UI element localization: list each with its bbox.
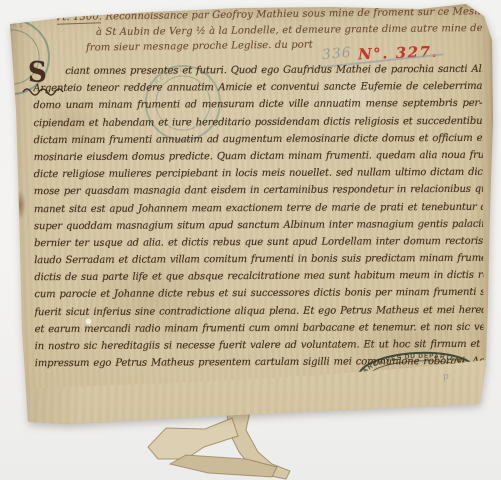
manuscript-line: manet sita est apud Johannem meam exacti… [34, 198, 483, 218]
parchment-shadow-wrap: Vt. 1300. Reconnoissance par Geofroy Mat… [0, 0, 501, 480]
parchment: Vt. 1300. Reconnoissance par Geofroy Mat… [0, 0, 501, 480]
manuscript-line: fuerit sicut inferius sine contradiction… [34, 301, 483, 321]
manuscript-line: mose per quasdam masnagia dant eisdem in… [34, 181, 483, 201]
archival-scan: Vt. 1300. Reconnoissance par Geofroy Mat… [0, 0, 501, 480]
manuscript-body: ciant omnes presentes et futuri. Quod eg… [33, 61, 484, 375]
manuscript-line: super quoddam masnagium situm apud sanct… [34, 216, 483, 236]
manuscript-line: domo unam minam frumenti ad mensuram dic… [33, 95, 482, 115]
manuscript-line: cum parocie et Johanne dicte rebus et su… [34, 284, 483, 304]
manuscript-line: cipiendam et habendam et iure hereditari… [33, 112, 482, 132]
